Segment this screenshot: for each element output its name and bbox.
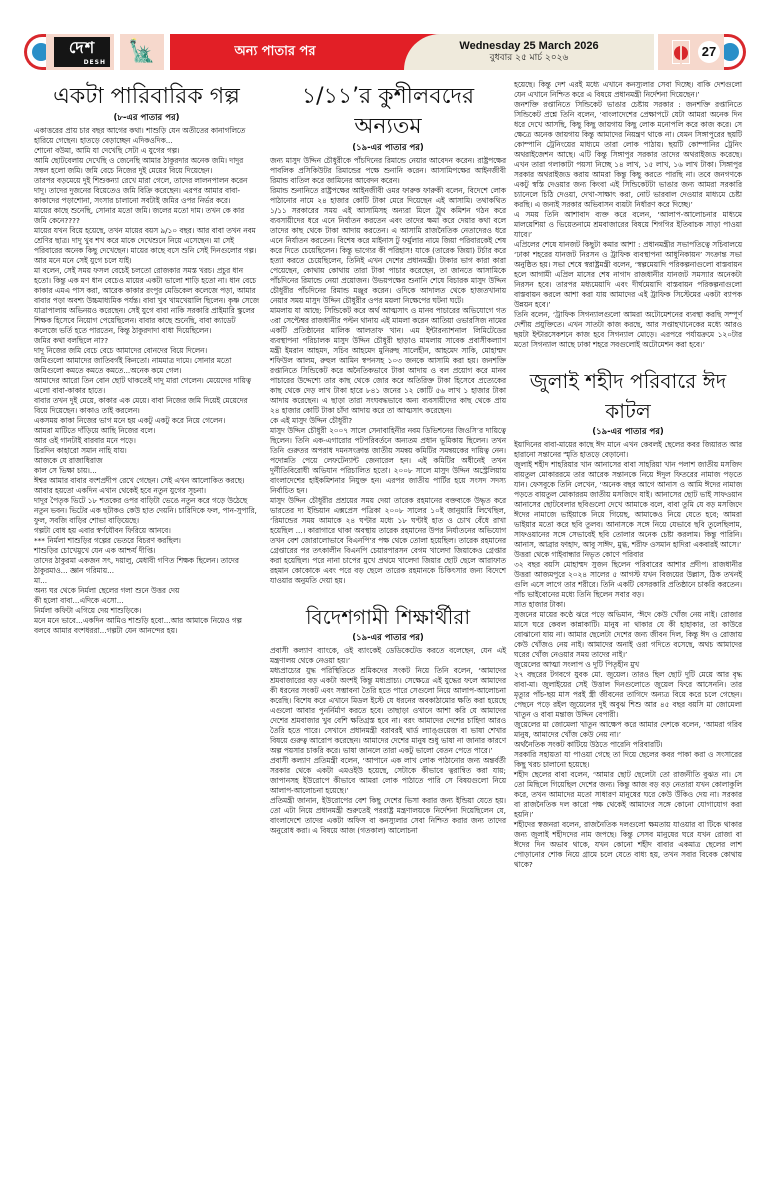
paragraph: বাবার তখন দুই মেয়ে, কাকার এক মেয়ে। বাব… [34, 396, 259, 416]
statue-of-liberty-icon: 🗽 [128, 41, 155, 63]
section-label: অন্য পাতার পর [170, 34, 380, 70]
paragraph: মধ্যপ্রাচ্যের যুদ্ধ পরিস্থিতিতে শ্রমিকদে… [270, 666, 506, 756]
article-body: একাত্তরের প্রায় চার বছর আগের কথা। শাশুড… [34, 126, 259, 636]
paragraph: শোনো বউমা, আমি যা দেখেছি সেটা এ যুগের গল… [34, 146, 259, 156]
paragraph: জুলাই শহীদ শাহরিয়ার খান আনাসের বাবা সাহ… [514, 460, 742, 550]
paragraph: জমিগুলো আমাদের জাতিবর্গই কিনতো। নামমাত্র… [34, 356, 259, 376]
paragraph: মায়ের কাছে শুনেছি, সোনার মতো জমি। জলের … [34, 206, 259, 226]
paragraph: শাশুড়ির চোখেমুখে যেন এক আশ্চর্য দীপ্তি। [34, 546, 259, 556]
paragraph: তিনি বলেন, ‘ট্রাফিক সিগন্যালগুলো আমরা অট… [514, 310, 742, 350]
paragraph: তাদের ঠাকুরমা একজন সৎ, দয়ালু, মেধাবী গণ… [34, 556, 259, 576]
paragraph: প্রতিমন্ত্রী জানান, ইউরোপের বেশ কিছু দেশ… [270, 796, 506, 836]
paragraph: *** নির্মলা শাশুড়ির গল্পের ভেতরে বিচরণ … [34, 536, 259, 546]
paragraph: মা বলেন, সেই সময় ফসল বেচেই চলতো রোজকার … [34, 266, 259, 336]
paragraph: দাদু নিজের জমি বেচে বেচে আমাদের বোনদের ব… [34, 346, 259, 356]
paragraph: ইয়াদিনের বাবা-মায়ের কাছে ঈদ মানে এখন ক… [514, 440, 742, 460]
article-headline: বিদেশগামী শিক্ষার্থীরা [270, 602, 506, 632]
column-3: হয়েছে। কিন্তু দেশ এরই মধ্যে এখানে কনস্য… [514, 80, 742, 870]
spacer [270, 586, 506, 600]
paragraph: প্রবাসী কল্যাণ প্রতিমন্ত্রী বলেন, ‘আপানে… [270, 756, 506, 796]
paragraph: সুজনের মায়ের কণ্ঠে ঝরে পড়ে অভিমান, ‘ঈদ… [514, 610, 742, 660]
article-body: প্রবাসী কল্যাণ ব্যাংকে, ওই ব্যাংকেই ডেডি… [270, 646, 506, 836]
article-family-story: একটা পারিবারিক গল্প (৮-এর পাতার পর) একাত… [34, 82, 259, 636]
paragraph: ২৭ বছরের টগবগে যুবক মো. জুয়েল। তারও ছিল… [514, 670, 742, 720]
paragraph: মায়ের যখন বিয়ে হয়েছে, তখন মায়ের বয়স… [34, 226, 259, 266]
paragraph: মাসুদ উদ্দিন চৌধুরীর প্রশ্রয়ের সময় দেয… [270, 496, 506, 586]
paragraph: কী হলো বাবা...এদিকে এসো... [34, 596, 259, 606]
paragraph: অর্থনৈতিক সংকট কাটিয়ে উঠতে পারেনি পরিবা… [514, 740, 742, 750]
article-students-abroad: বিদেশগামী শিক্ষার্থীরা (১৯-এর পাতার পর) … [270, 602, 506, 836]
decorative-cap-right [724, 34, 746, 70]
paragraph: জুয়েলের মা জোমেলা খাতুন আক্ষেপ করে আমার… [514, 720, 742, 740]
decorative-cap-left [24, 34, 46, 70]
paragraph: হয়েছে। কিন্তু দেশ এরই মধ্যে এখানে কনস্য… [514, 80, 742, 100]
paragraph: জুয়েলের আত্মা সংলাপ ও দুটি পিতৃহীন মুখ [514, 660, 742, 670]
article-body: ইয়াদিনের বাবা-মায়ের কাছে ঈদ মানে এখন ক… [514, 440, 742, 870]
article-continuation: (১৯-এর পাতার পর) [270, 142, 506, 154]
paragraph: একাত্তরের প্রায় চার বছর আগের কথা। শাশুড… [34, 126, 259, 146]
paragraph: আমরা মাটিতে দাঁড়িয়ে আছি নিজের বলে। [34, 426, 259, 436]
paragraph: শহীদ ছেলের বাবা বলেন, ‘আমার ছোট ছেলেটা ত… [514, 770, 742, 820]
paragraph: জন্য মাসুদ উদ্দিন চৌধুরীকে পাঁচদিনের রিম… [270, 156, 506, 186]
paragraph: একসময় কাকা নিজের ভাগ মনে হয় একটু একটু … [34, 416, 259, 426]
paragraph: রিমান্ড শুনানিতে রাষ্ট্রপক্ষের আইনজীবী ও… [270, 186, 506, 306]
paragraph: কাল সে ভিক্ষা চায়।... [34, 466, 259, 476]
paragraph: আমি ছোটবেলায় দেখেছি ও জেনেছি আমার ঠাকুর… [34, 156, 259, 176]
paragraph: প্রবাসী কল্যাণ ব্যাংকে, ওই ব্যাংকেই ডেডি… [270, 646, 506, 666]
paragraph: গল্পটা বোধ হয় এবার স্বর্ণযৌবন ফিরিয়ে আ… [34, 526, 259, 536]
paragraph: ৩২ বছর বয়সি মোহাম্মদ সুজন ছিলেন পরিবারে… [514, 560, 742, 600]
article-headline: ১/১১’র কুশীলবদের অন্যতম [270, 82, 506, 142]
article-headline: একটা পারিবারিক গল্প [34, 82, 259, 112]
paragraph: কে এই মাসুদ উদ্দিন চৌধুরী? [270, 416, 506, 426]
bangladesh-flag-icon [672, 40, 690, 64]
article-july-martyrs-eid: জুলাই শহীদ পরিবারে ঈদ কাটল (১৯-এর পাতার … [514, 366, 742, 870]
article-body: হয়েছে। কিন্তু দেশ এরই মধ্যে এখানে কনস্য… [514, 80, 742, 350]
article-continuation: (১৯-এর পাতার পর) [270, 632, 506, 644]
statue-panel: 🗽 [120, 34, 164, 70]
paragraph: দাদুর পৈতৃক ভিটে ১৮ শতকের ওপর বাড়িটা ভে… [34, 496, 259, 526]
page-number: 27 [698, 41, 720, 63]
paragraph: উত্তরা থেকে গাইবান্ধার নিভৃত কোণে পরিবার [514, 550, 742, 560]
logo-text: দেশ [69, 38, 95, 57]
paragraph: শহীদের স্বজনরা বলেন, রাজনৈতিক দলগুলো ক্ষ… [514, 820, 742, 870]
paragraph: আবার হয়তো একদিন এখান থেকেই হবে নতুন যুগ… [34, 486, 259, 496]
paragraph: চিরদিন কাহারো সমান নাহি যায়। [34, 446, 259, 456]
paragraph: মা... [34, 576, 259, 586]
article-body: জন্য মাসুদ উদ্দিন চৌধুরীকে পাঁচদিনের রিম… [270, 156, 506, 586]
article-one-eleven: ১/১১’র কুশীলবদের অন্যতম (১৯-এর পাতার পর)… [270, 82, 506, 586]
paragraph: অন্য ঘর থেকে নির্মলা ছেলের গলা শুনে উত্ত… [34, 586, 259, 596]
paragraph: এ সময় তিনি আশাবাদ ব্যক্ত করে বলেন, ‘আলা… [514, 210, 742, 240]
paragraph: আজকে যে রাজাধিরাজ [34, 456, 259, 466]
page-header-band: দেশ DESH 🗽 অন্য পাতার পর Wednesday 25 Ma… [24, 34, 746, 70]
paragraph: ঈশ্বর আমার বাবার বংশপ্রদীপ রেখে গেছেন। স… [34, 476, 259, 486]
page-number-panel: 27 [658, 34, 724, 70]
spacer [514, 350, 742, 364]
paragraph: আর ওই গানটাই বারবার মনে পড়ে। [34, 436, 259, 446]
paragraph: আমাদের আরো তিন বোন ছোট থাকতেই দাদু মারা … [34, 376, 259, 396]
paragraph: জনশক্তি রপ্তানিতে সিন্ডিকেট ভাঙার চেষ্টা… [514, 100, 742, 210]
article-continuation: (১৯-এর পাতার পর) [514, 426, 742, 438]
article-students-abroad-continued: হয়েছে। কিন্তু দেশ এরই মধ্যে এখানে কনস্য… [514, 80, 742, 350]
newspaper-logo[interactable]: দেশ DESH [54, 37, 110, 67]
paragraph: মনে মনে ভাবে...একদিন আমিও শাশুড়ি হবো...… [34, 616, 259, 636]
logo-panel: দেশ DESH [46, 34, 114, 70]
paragraph: নির্মলা কফিটা এগিয়ে দেয় শাশুড়িকে। [34, 606, 259, 616]
paragraph: জমির কথা বলছিলে না?? [34, 336, 259, 346]
column-2: ১/১১’র কুশীলবদের অন্যতম (১৯-এর পাতার পর)… [270, 80, 506, 836]
date-panel: Wednesday 25 March 2026 বুধবার ২৫ মার্চ … [404, 34, 654, 70]
paragraph: মাসুদ উদ্দিন চৌধুরী ২০০৭ সালে সেনাবাহিনী… [270, 426, 506, 496]
article-headline: জুলাই শহীদ পরিবারে ঈদ কাটল [514, 366, 742, 426]
date-english: Wednesday 25 March 2026 [459, 40, 598, 53]
date-bangla: বুধবার ২৫ মার্চ ২০২৬ [490, 53, 569, 64]
article-continuation: (৮-এর পাতার পর) [34, 112, 259, 124]
column-1: একটা পারিবারিক গল্প (৮-এর পাতার পর) একাত… [34, 80, 259, 636]
paragraph: মামলায় যা আছে: সিন্ডিকেট করে অর্থ আত্মস… [270, 306, 506, 416]
logo-subtext: DESH [84, 59, 106, 67]
paragraph: এপ্রিলের শেষে যানজট কিছুটা কমার আশা : প্… [514, 240, 742, 310]
paragraph: তারপর বড়মেয়ে দুই শিশুকন্যা রেখে মারা গ… [34, 176, 259, 206]
paragraph: সরকারি সহায়তা যা পাওয়া গেছে তা দিয়ে ছ… [514, 750, 742, 770]
paragraph: সাত হাজার টাকা। [514, 600, 742, 610]
